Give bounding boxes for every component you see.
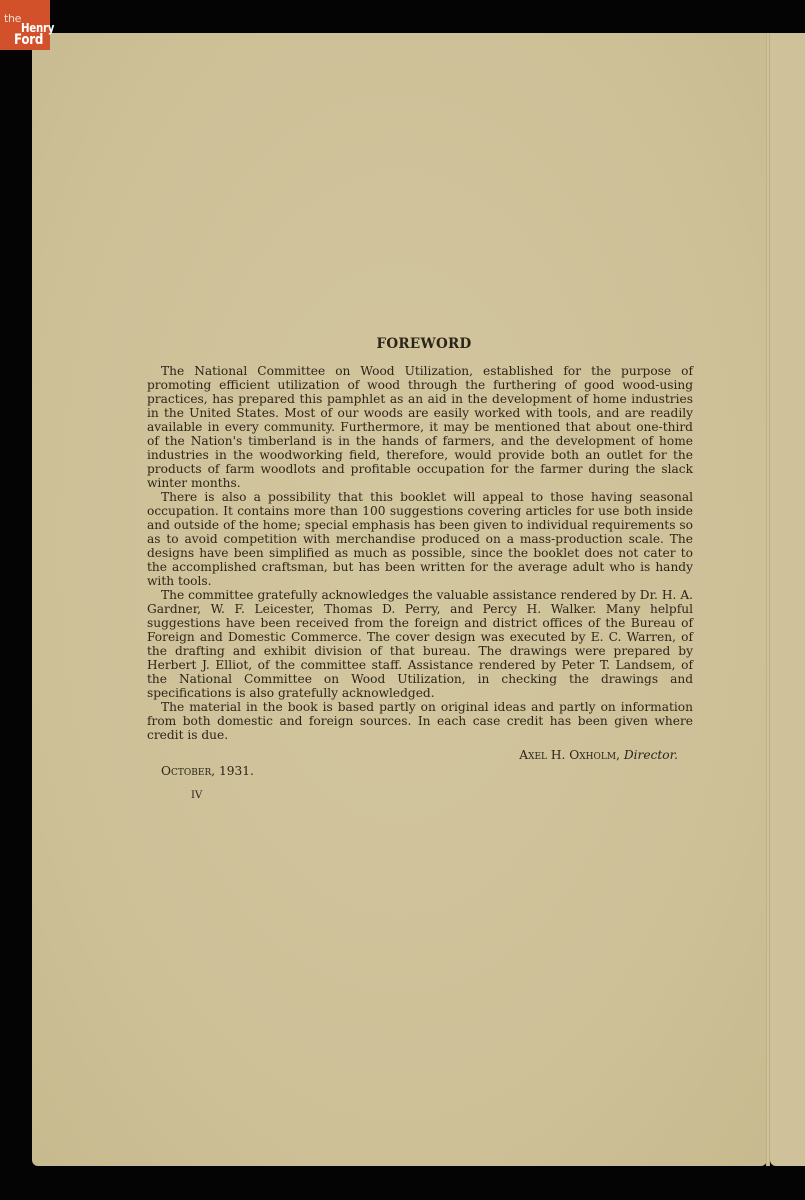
page-title: FOREWORD (155, 337, 693, 351)
signature-role: Director. (624, 748, 678, 762)
foreword-text-block: FOREWORD The National Committee on Wood … (147, 334, 693, 803)
paragraph-3: The committee gratefully acknowledges th… (147, 588, 693, 700)
signature: Axel H. Oxholm, Director. (147, 748, 693, 762)
signature-name: Axel H. Oxholm, (519, 748, 620, 762)
date-line: October, 1931. (147, 764, 693, 778)
paragraph-2: There is also a possibility that this bo… (147, 490, 693, 588)
logo-text-the: the (4, 13, 21, 24)
logo-text-ford: Ford (14, 33, 43, 47)
paragraph-4: The material in the book is based partly… (147, 700, 693, 742)
adjacent-page-edge (770, 33, 805, 1166)
paragraph-1: The National Committee on Wood Utilizati… (147, 364, 693, 490)
henry-ford-logo: the Henry Ford (0, 0, 50, 50)
page-number: IV (147, 789, 693, 803)
